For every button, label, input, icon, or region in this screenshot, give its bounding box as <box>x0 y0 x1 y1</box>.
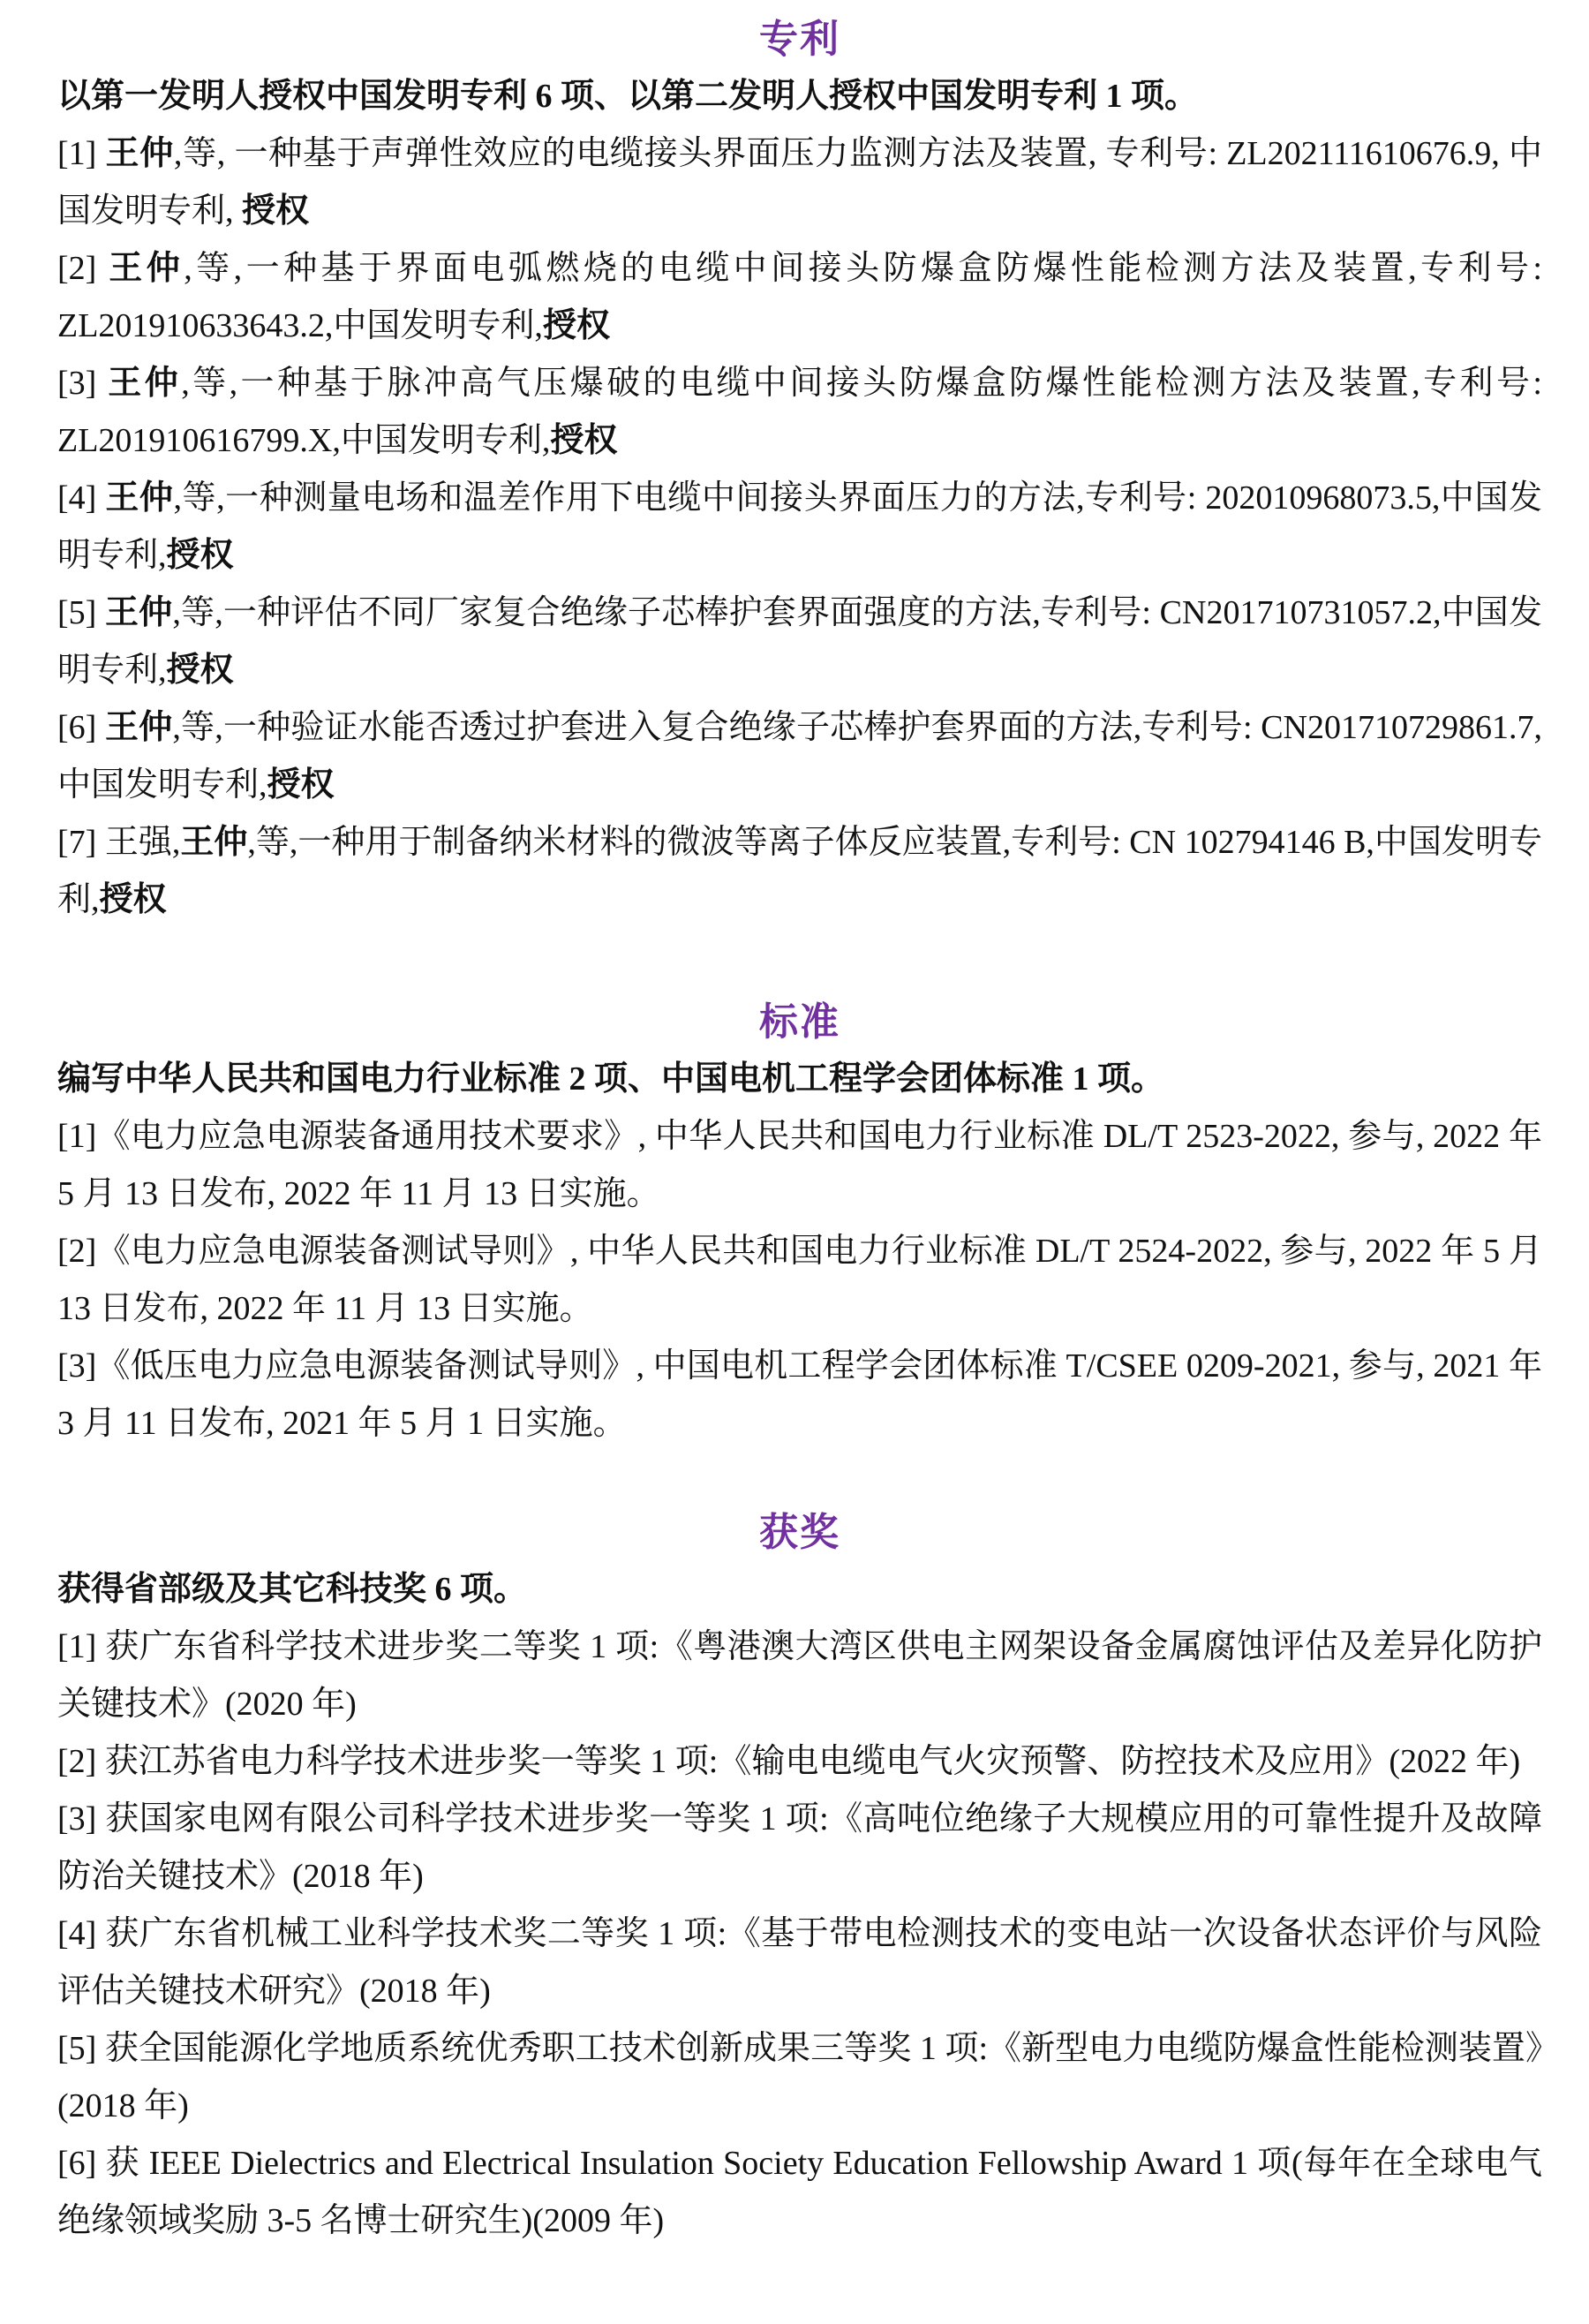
standard-item: [3]《低压电力应急电源装备测试导则》, 中国电机工程学会团体标准 T/CSEE… <box>57 1338 1542 1452</box>
bold-text: 授权 <box>167 652 234 689</box>
item-text: [6] <box>57 709 105 746</box>
item-text: ,等,一种基于界面电弧燃烧的电缆中间接头防爆盒防爆性能检测方法及装置,专利号: … <box>57 250 1542 344</box>
standard-item: [1]《电力应急电源装备通用技术要求》, 中华人民共和国电力行业标准 DL/T … <box>57 1108 1542 1223</box>
award-item: [6] 获 IEEE Dielectrics and Electrical In… <box>57 2135 1542 2250</box>
award-item: [2] 获江苏省电力科学技术进步奖一等奖 1 项:《输电电缆电气火灾预警、防控技… <box>57 1733 1542 1791</box>
bold-text: 王仲 <box>180 824 247 861</box>
patent-item: [2] 王仲,等,一种基于界面电弧燃烧的电缆中间接头防爆盒防爆性能检测方法及装置… <box>57 240 1542 355</box>
item-text: [1]《电力应急电源装备通用技术要求》, 中华人民共和国电力行业标准 DL/T … <box>57 1118 1542 1212</box>
award-item: [4] 获广东省机械工业科学技术奖二等奖 1 项:《基于带电检测技术的变电站一次… <box>57 1905 1542 2020</box>
bold-text: 授权 <box>550 422 617 459</box>
item-text: [4] 获广东省机械工业科学技术奖二等奖 1 项:《基于带电检测技术的变电站一次… <box>57 1915 1542 2010</box>
patent-item: [4] 王仲,等,一种测量电场和温差作用下电缆中间接头界面压力的方法,专利号: … <box>57 470 1542 585</box>
item-text: [5] 获全国能源化学地质系统优秀职工技术创新成果三等奖 1 项:《新型电力电缆… <box>57 2030 1542 2124</box>
patent-item: [7] 王强,王仲,等,一种用于制备纳米材料的微波等离子体反应装置,专利号: C… <box>57 814 1542 929</box>
bold-text: 王仲 <box>105 709 172 746</box>
item-text: [7] 王强, <box>57 824 180 861</box>
item-text: ,等,一种测量电场和温差作用下电缆中间接头界面压力的方法,专利号: 202010… <box>57 479 1542 574</box>
item-text: [1] <box>57 135 106 172</box>
award-item: [1] 获广东省科学技术进步奖二等奖 1 项:《粤港澳大湾区供电主网架设备金属腐… <box>57 1618 1542 1733</box>
patent-item: [1] 王仲,等, 一种基于声弹性效应的电缆接头界面压力监测方法及装置, 专利号… <box>57 125 1542 240</box>
award-item: [5] 获全国能源化学地质系统优秀职工技术创新成果三等奖 1 项:《新型电力电缆… <box>57 2020 1542 2135</box>
patent-item: [5] 王仲,等,一种评估不同厂家复合绝缘子芯棒护套界面强度的方法,专利号: C… <box>57 585 1542 699</box>
patents-section: 专利 以第一发明人授权中国发明专利 6 项、以第二发明人授权中国发明专利 1 项… <box>57 13 1542 929</box>
patent-item: [6] 王仲,等,一种验证水能否透过护套进入复合绝缘子芯棒护套界面的方法,专利号… <box>57 699 1542 814</box>
bold-text: 王仲 <box>108 365 181 402</box>
standards-list: [1]《电力应急电源装备通用技术要求》, 中华人民共和国电力行业标准 DL/T … <box>57 1108 1542 1452</box>
awards-summary: 获得省部级及其它科技奖 6 项。 <box>57 1561 1542 1618</box>
item-text: [3] <box>57 365 108 402</box>
award-item: [3] 获国家电网有限公司科学技术进步奖一等奖 1 项:《高吨位绝缘子大规模应用… <box>57 1791 1542 1905</box>
patents-section-title: 专利 <box>57 13 1542 66</box>
patent-item: [3] 王仲,等,一种基于脉冲高气压爆破的电缆中间接头防爆盒防爆性能检测方法及装… <box>57 355 1542 470</box>
item-text: [4] <box>57 479 105 517</box>
standards-section-title: 标准 <box>57 996 1542 1049</box>
standard-item: [2]《电力应急电源装备测试导则》, 中华人民共和国电力行业标准 DL/T 25… <box>57 1223 1542 1338</box>
item-text: ,等,一种基于脉冲高气压爆破的电缆中间接头防爆盒防爆性能检测方法及装置,专利号:… <box>57 365 1542 459</box>
item-text: ,等,一种用于制备纳米材料的微波等离子体反应装置,专利号: CN 1027941… <box>57 824 1542 918</box>
awards-section: 获奖 获得省部级及其它科技奖 6 项。 [1] 获广东省科学技术进步奖二等奖 1… <box>57 1506 1542 2250</box>
bold-text: 授权 <box>167 537 234 574</box>
standards-summary: 编写中华人民共和国电力行业标准 2 项、中国电机工程学会团体标准 1 项。 <box>57 1051 1542 1108</box>
awards-list: [1] 获广东省科学技术进步奖二等奖 1 项:《粤港澳大湾区供电主网架设备金属腐… <box>57 1618 1542 2250</box>
bold-text: 授权 <box>267 766 335 804</box>
item-text: [6] 获 IEEE Dielectrics and Electrical In… <box>57 2145 1542 2239</box>
patents-summary: 以第一发明人授权中国发明专利 6 项、以第二发明人授权中国发明专利 1 项。 <box>57 68 1542 125</box>
bold-text: 王仲 <box>105 594 172 631</box>
item-text: [2] <box>57 250 109 287</box>
bold-text: 授权 <box>543 307 610 344</box>
bold-text: 王仲 <box>105 479 173 517</box>
bold-text: 授权 <box>242 192 309 230</box>
item-text: [1] 获广东省科学技术进步奖二等奖 1 项:《粤港澳大湾区供电主网架设备金属腐… <box>57 1628 1542 1723</box>
item-text: [2] 获江苏省电力科学技术进步奖一等奖 1 项:《输电电缆电气火灾预警、防控技… <box>57 1743 1520 1780</box>
item-text: [2]《电力应急电源装备测试导则》, 中华人民共和国电力行业标准 DL/T 25… <box>57 1233 1542 1327</box>
awards-section-title: 获奖 <box>57 1506 1542 1559</box>
bold-text: 授权 <box>100 881 167 918</box>
bold-text: 王仲 <box>106 135 174 172</box>
bold-text: 王仲 <box>109 250 184 287</box>
standards-section: 标准 编写中华人民共和国电力行业标准 2 项、中国电机工程学会团体标准 1 项。… <box>57 996 1542 1452</box>
item-text: [3] 获国家电网有限公司科学技术进步奖一等奖 1 项:《高吨位绝缘子大规模应用… <box>57 1800 1542 1895</box>
patents-list: [1] 王仲,等, 一种基于声弹性效应的电缆接头界面压力监测方法及装置, 专利号… <box>57 125 1542 929</box>
item-text: ,等,一种评估不同厂家复合绝缘子芯棒护套界面强度的方法,专利号: CN20171… <box>57 594 1542 689</box>
item-text: [3]《低压电力应急电源装备测试导则》, 中国电机工程学会团体标准 T/CSEE… <box>57 1347 1542 1442</box>
item-text: [5] <box>57 594 105 631</box>
